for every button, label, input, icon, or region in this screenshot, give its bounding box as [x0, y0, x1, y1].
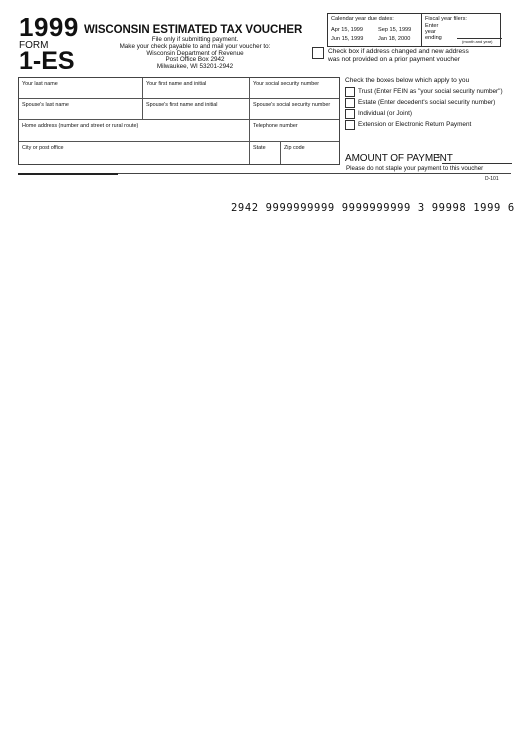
- address-changed-line: was not provided on a prior payment vouc…: [328, 56, 469, 64]
- trust-label: Trust (Enter FEIN as "your social securi…: [358, 88, 503, 95]
- due-dates-heading: Calendar year due dates:: [331, 16, 394, 22]
- field-label: Spouse's first name and initial: [146, 102, 217, 108]
- fiscal-year-section: Fiscal year filers: Enter year ending (m…: [424, 14, 500, 46]
- tax-year: 1999: [19, 14, 79, 40]
- address-changed-label: Check box if address changed and new add…: [328, 48, 469, 63]
- instruction-line: Milwaukee, WI 53201-2942: [90, 64, 300, 71]
- fiscal-heading: Fiscal year filers:: [425, 16, 467, 22]
- spouse-ssn-field[interactable]: Spouse's social security number: [250, 99, 339, 120]
- field-label: Spouse's last name: [22, 102, 69, 108]
- box-divider: [421, 14, 422, 46]
- zip-code-field[interactable]: Zip code: [281, 142, 339, 164]
- field-label: City or post office: [22, 145, 64, 151]
- estate-checkbox[interactable]: [345, 98, 355, 108]
- address-changed-checkbox[interactable]: [312, 47, 324, 59]
- divider-rule-accent: [18, 173, 118, 175]
- home-address-field[interactable]: Home address (number and street or rural…: [19, 120, 250, 142]
- field-label: Your last name: [22, 81, 58, 87]
- due-date: Sep 15, 1999: [378, 27, 411, 33]
- your-first-name-field[interactable]: Your first name and initial: [143, 78, 250, 99]
- state-field[interactable]: State: [250, 142, 281, 164]
- voucher-title: WISCONSIN ESTIMATED TAX VOUCHER: [84, 24, 302, 36]
- fiscal-hint: (month and year): [462, 40, 492, 44]
- your-last-name-field[interactable]: Your last name: [19, 78, 143, 99]
- field-label: Your first name and initial: [146, 81, 206, 87]
- spouse-last-name-field[interactable]: Spouse's last name: [19, 99, 143, 120]
- individual-label: Individual (or Joint): [358, 110, 412, 117]
- spouse-first-name-field[interactable]: Spouse's first name and initial: [143, 99, 250, 120]
- field-label: Telephone number: [253, 123, 298, 129]
- extension-checkbox[interactable]: [345, 120, 355, 130]
- dollar-sign: $: [437, 154, 440, 160]
- due-dates-box: Calendar year due dates: Apr 15, 1999 Se…: [327, 13, 501, 47]
- address-changed-line: Check box if address changed and new add…: [328, 48, 469, 56]
- due-date: Jan 18, 2000: [378, 36, 410, 42]
- due-date: Apr 15, 1999: [331, 27, 363, 33]
- taxpayer-info-table: Your last name Your first name and initi…: [18, 77, 340, 165]
- field-label: Your social security number: [253, 81, 319, 87]
- field-label: Spouse's social security number: [253, 102, 330, 108]
- telephone-field[interactable]: Telephone number: [250, 120, 339, 142]
- field-label: State: [253, 145, 266, 151]
- fiscal-line: ending: [425, 35, 442, 41]
- extension-label: Extension or Electronic Return Payment: [358, 121, 471, 128]
- apply-heading: Check the boxes below which apply to you: [345, 77, 469, 84]
- mailing-instructions: File only if submitting payment. Make yo…: [90, 37, 300, 71]
- form-number: 1-ES: [19, 49, 75, 74]
- your-ssn-field[interactable]: Your social security number: [250, 78, 339, 99]
- field-label: Home address (number and street or rural…: [22, 123, 138, 129]
- trust-checkbox[interactable]: [345, 87, 355, 97]
- no-staple-note: Please do not staple your payment to thi…: [346, 165, 483, 172]
- form-code: D-101: [485, 176, 499, 182]
- ocr-scanline: 2942 9999999999 9999999999 3 99998 1999 …: [231, 202, 515, 214]
- estate-label: Estate (Enter decedent's social security…: [358, 99, 495, 106]
- amount-of-payment-field[interactable]: [442, 163, 512, 164]
- city-field[interactable]: City or post office: [19, 142, 250, 164]
- field-label: Zip code: [284, 145, 305, 151]
- due-date: Jun 15, 1999: [331, 36, 363, 42]
- individual-checkbox[interactable]: [345, 109, 355, 119]
